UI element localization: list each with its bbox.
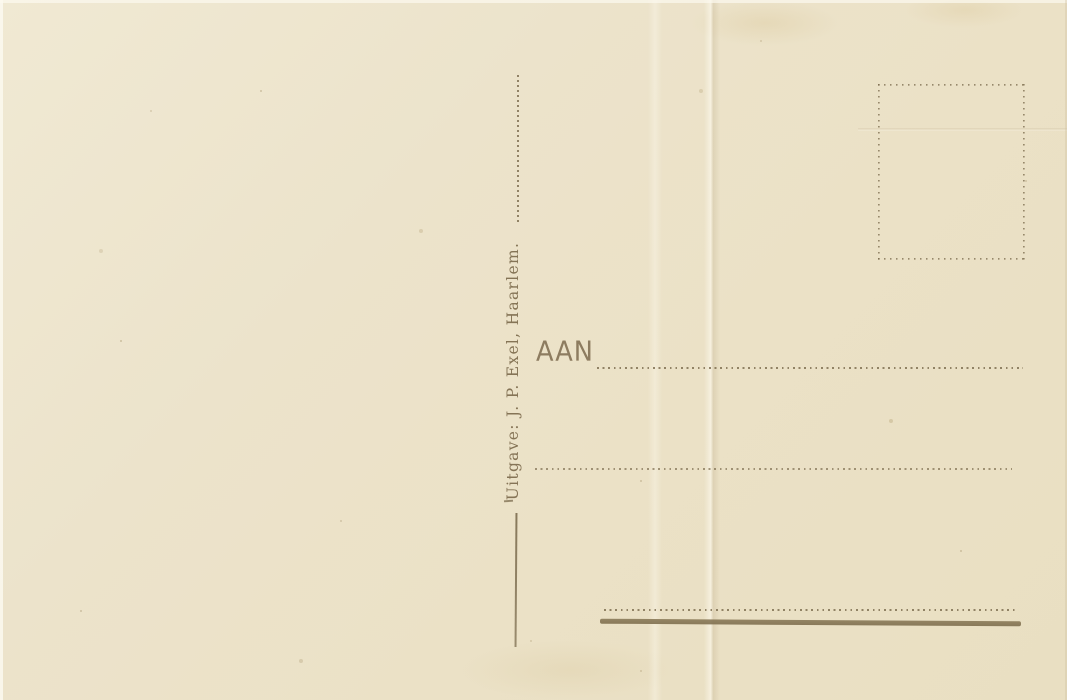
divider-solid-segment [515,513,518,647]
address-line [535,468,1012,470]
scan-edge-top [0,0,1067,3]
paper-speckles [120,340,122,342]
bottom-solid-rule [600,619,1021,626]
bottom-dotted-line [604,609,1018,611]
stray-ink-mark [504,500,513,503]
divider-dotted-segment [517,75,519,222]
address-line [597,367,1023,369]
address-to-label: AAN [536,336,594,368]
paper-crease-vertical [648,0,662,700]
paper-crease-vertical [704,0,720,700]
stamp-box [878,84,1025,260]
scan-edge-left [0,0,3,700]
publisher-imprint: Uitgave: J. P. Exel, Haarlem. [504,242,522,500]
paper-stain [905,0,1025,28]
postcard-back: Uitgave: J. P. Exel, Haarlem. AAN [0,0,1067,700]
paper-stain [460,640,680,700]
